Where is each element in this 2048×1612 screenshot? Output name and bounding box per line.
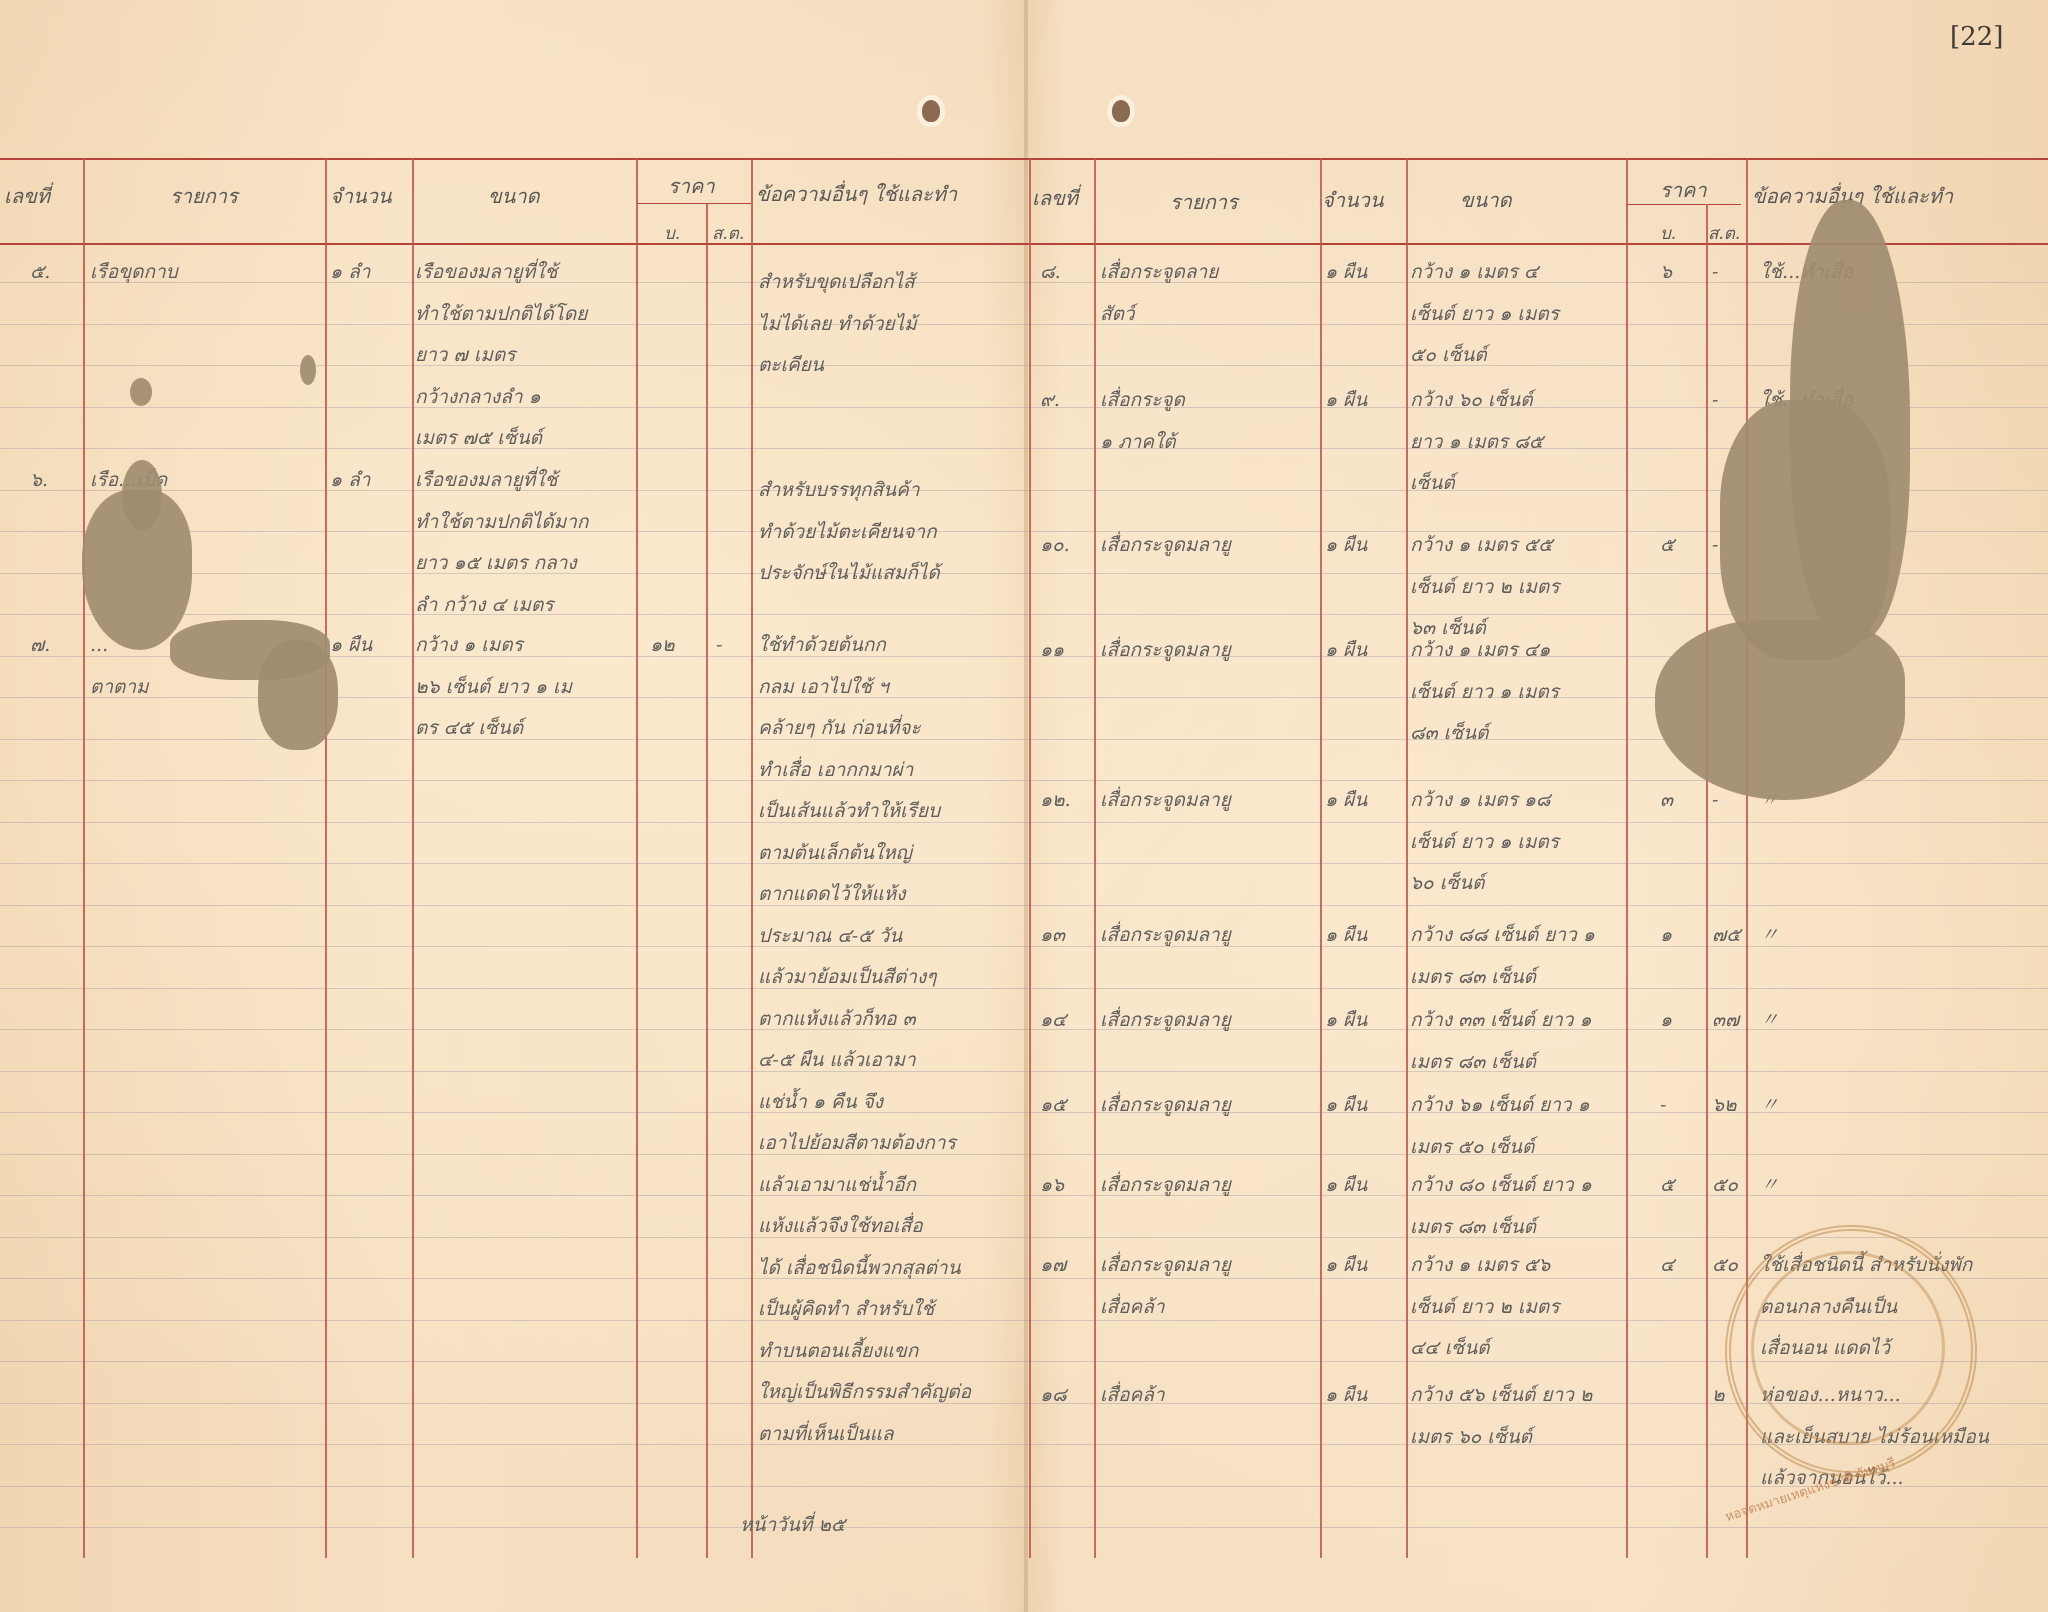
size-description: กว้าง ๕๖ เซ็นต์ ยาว ๒: [1410, 1375, 1592, 1415]
price-satang: ๗๕: [1712, 915, 1741, 955]
size-description: เซ็นต์ ยาว ๒ เมตร: [1410, 567, 1559, 607]
remarks: ได้ เสื่อชนิดนี้พวกสุลต่าน: [758, 1248, 961, 1288]
ruled-line: [0, 407, 2048, 408]
size-description: เมตร ๕๐ เซ็นต์: [1410, 1127, 1534, 1167]
binding-hole-left: [922, 100, 940, 122]
row-number: ๗.: [30, 625, 50, 665]
column-divider: [636, 158, 638, 1558]
row-number: ๑๘: [1040, 1375, 1067, 1415]
column-divider: [325, 158, 327, 1558]
item-name: ๑ ภาคใต้: [1100, 422, 1176, 462]
remarks: ทำบนตอนเลี้ยงแขก: [758, 1331, 918, 1371]
ruled-line: [0, 946, 2048, 947]
size-description: ลำ กว้าง ๔ เมตร: [415, 585, 554, 625]
quantity: ๑ ผืน: [1325, 630, 1367, 670]
remarks: กลม เอาไปใช้ ฯ: [758, 667, 889, 707]
ruled-line: [0, 282, 2048, 283]
header-satang: ส.ต.: [712, 220, 744, 247]
price-baht: ๕: [1660, 1165, 1674, 1205]
remarks: ตามต้นเล็กต้นใหญ่: [758, 833, 912, 873]
price-satang: ๕๐: [1712, 1245, 1738, 1285]
size-description: ยาว ๑๕ เมตร กลาง: [415, 543, 577, 583]
item-name: เสื่อกระจูด: [1100, 380, 1185, 420]
remarks: ใหญ่เป็นพิธีกรรมสำคัญต่อ: [758, 1372, 971, 1412]
item-name: เสื่อกระจูดมลายู: [1100, 1245, 1231, 1285]
row-number: ๑๓: [1040, 915, 1065, 955]
price-baht: ๖: [1660, 252, 1672, 292]
water-stain: [300, 355, 316, 385]
remarks: ประจักษ์ในไม้แสมก็ได้: [758, 553, 940, 593]
header-no: เลขที่: [1032, 182, 1078, 214]
size-description: เซ็นต์ ยาว ๑ เมตร: [1410, 294, 1559, 334]
ruled-line: [0, 1112, 2048, 1113]
item-name: เสื่อกระจูดมลายู: [1100, 915, 1231, 955]
stamp-emblem: [1751, 1251, 1945, 1445]
row-number: ๖.: [30, 460, 48, 500]
item-name: เสื่อคล้า: [1100, 1287, 1165, 1327]
header-quantity: จำนวน: [330, 180, 392, 212]
size-description: ทำใช้ตามปกติได้โดย: [415, 294, 587, 334]
size-description: กว้าง ๑ เมตร ๔๑: [1410, 630, 1550, 670]
size-description: กว้าง ๘๐ เซ็นต์ ยาว ๑: [1410, 1165, 1592, 1205]
size-description: เมตร ๘๓ เซ็นต์: [1410, 1042, 1536, 1082]
header-price: ราคา: [668, 170, 715, 202]
remarks: แช่น้ำ ๑ คืน จึง: [758, 1082, 883, 1122]
column-divider: [1320, 158, 1322, 1558]
row-number: ๑๖: [1040, 1165, 1064, 1205]
size-description: ๖๐ เซ็นต์: [1410, 863, 1484, 903]
size-description: เรือของมลายูที่ใช้: [415, 252, 557, 292]
price-subheader-line-left: [636, 203, 751, 204]
remarks: ทำด้วยไม้ตะเคียนจาก: [758, 512, 937, 552]
binding-hole-right: [1112, 100, 1130, 122]
ruled-line: [0, 1527, 2048, 1528]
ruled-line: [0, 1154, 2048, 1155]
price-satang: -: [716, 625, 722, 665]
size-description: ๕๐ เซ็นต์: [1410, 335, 1487, 375]
row-number: ๑๐.: [1040, 525, 1070, 565]
quantity: ๑ ผืน: [1325, 380, 1367, 420]
column-divider: [1094, 158, 1096, 1558]
remarks: แล้วมาย้อมเป็นสีต่างๆ: [758, 957, 936, 997]
quantity: ๑ ลำ: [330, 252, 370, 292]
column-divider: [1626, 158, 1628, 1558]
item-name: เสื่อกระจูดมลายู: [1100, 525, 1231, 565]
price-baht: ๓: [1660, 780, 1673, 820]
quantity: ๑ ผืน: [1325, 525, 1367, 565]
remarks: สำหรับบรรทุกสินค้า: [758, 470, 920, 510]
price-satang: -: [1712, 380, 1718, 420]
column-divider: [1706, 204, 1708, 1558]
ruled-line: [0, 1071, 2048, 1072]
water-stain: [1720, 400, 1890, 660]
price-satang: -: [1712, 252, 1718, 292]
ruled-line: [0, 988, 2048, 989]
quantity: ๑ ผืน: [1325, 1245, 1367, 1285]
size-description: เซ็นต์ ยาว ๑ เมตร: [1410, 672, 1559, 712]
row-number: ๑๕: [1040, 1085, 1066, 1125]
size-description: กว้าง ๖๑ เซ็นต์ ยาว ๑: [1410, 1085, 1590, 1125]
header-price: ราคา: [1660, 174, 1707, 206]
item-name: เสื่อกระจูดมลายู: [1100, 1165, 1231, 1205]
remarks: แห้งแล้วจึงใช้ทอเสื่อ: [758, 1206, 923, 1246]
size-description: ๒๖ เซ็นต์ ยาว ๑ เม: [415, 667, 572, 707]
header-baht: บ.: [664, 220, 680, 247]
price-satang: ๖๒: [1712, 1085, 1737, 1125]
size-description: กว้าง ๑ เมตร ๑๘: [1410, 780, 1551, 820]
remarks: ทำเสื่อ เอากกมาผ่า: [758, 750, 913, 790]
ruled-line: [0, 822, 2048, 823]
footnote: หน้าวันที่ ๒๕: [740, 1505, 845, 1545]
ruled-line: [0, 905, 2048, 906]
size-description: กว้าง ๘๘ เซ็นต์ ยาว ๑: [1410, 915, 1595, 955]
item-name: เสื่อกระจูดมลายู: [1100, 780, 1231, 820]
size-description: ๘๓ เซ็นต์: [1410, 713, 1488, 753]
remarks: ตากแดดไว้ให้แห้ง: [758, 874, 906, 914]
size-description: ทำใช้ตามปกติได้มาก: [415, 502, 588, 542]
size-description: ตร ๔๕ เซ็นต์: [415, 708, 523, 748]
row-number: ๘.: [1040, 252, 1061, 292]
column-divider: [706, 203, 708, 1558]
item-name: เสื่อกระจูดลาย: [1100, 252, 1218, 292]
size-description: เมตร ๘๓ เซ็นต์: [1410, 1207, 1536, 1247]
water-stain: [258, 640, 338, 750]
ruled-line: [0, 1237, 2048, 1238]
remarks: ตะเคียน: [758, 345, 824, 385]
ruled-line: [0, 1278, 2048, 1279]
remarks: สำหรับขุดเปลือกไส้: [758, 262, 915, 302]
size-description: กว้าง ๓๓ เซ็นต์ ยาว ๑: [1410, 1000, 1592, 1040]
size-description: เรือของมลายูที่ใช้: [415, 460, 557, 500]
row-number: ๑๗: [1040, 1245, 1066, 1285]
row-number: ๑๒.: [1040, 780, 1071, 820]
ruled-line: [0, 324, 2048, 325]
price-baht: ๑: [1660, 915, 1672, 955]
row-number: ๕.: [30, 252, 50, 292]
item-name: สัตว์: [1100, 294, 1135, 334]
remarks: แล้วเอามาแช่น้ำอีก: [758, 1165, 916, 1205]
size-description: เซ็นต์: [1410, 463, 1455, 503]
remarks: เป็นเส้นแล้วทำให้เรียบ: [758, 791, 940, 831]
quantity: ๑ ผืน: [1325, 1085, 1367, 1125]
remarks: 〃: [1760, 915, 1779, 955]
header-size: ขนาด: [488, 180, 540, 212]
column-divider: [83, 158, 85, 1558]
header-item: รายการ: [170, 180, 238, 212]
header-remarks: ข้อความอื่นๆ ใช้และทำ: [756, 178, 957, 210]
row-number: ๑๔: [1040, 1000, 1066, 1040]
size-description: ยาว ๑ เมตร ๘๕: [1410, 422, 1543, 462]
item-name: เสื่อคล้า: [1100, 1375, 1165, 1415]
column-divider: [412, 158, 414, 1558]
price-baht: ๑: [1660, 1000, 1672, 1040]
header-baht: บ.: [1660, 220, 1676, 247]
quantity: ๑ ลำ: [330, 460, 370, 500]
ruled-line: [0, 863, 2048, 864]
remarks: เอาไปย้อมสีตามต้องการ: [758, 1123, 956, 1163]
archive-stamp: หอจดหมายเหตุแห่งชาติ จันทบุรี: [1725, 1225, 1977, 1477]
remarks: ๔-๕ ผืน แล้วเอามา: [758, 1040, 916, 1080]
header-quantity: จำนวน: [1322, 184, 1384, 216]
size-description: เมตร ๘๓ เซ็นต์: [1410, 957, 1536, 997]
quantity: ๑ ผืน: [1325, 915, 1367, 955]
size-description: กว้าง ๑ เมตร ๔: [1410, 252, 1538, 292]
quantity: ๑ ผืน: [330, 625, 372, 665]
item-name: ตาตาม: [90, 667, 149, 707]
remarks: คล้ายๆ กัน ก่อนที่จะ: [758, 708, 921, 748]
price-satang: -: [1712, 525, 1718, 565]
remarks: เป็นผู้คิดทำ สำหรับใช้: [758, 1289, 934, 1329]
quantity: ๑ ผืน: [1325, 780, 1367, 820]
size-description: กว้าง ๑ เมตร ๕๕: [1410, 525, 1553, 565]
remarks: ไม่ได้เลย ทำด้วยไม้: [758, 304, 917, 344]
ruled-line: [0, 1444, 2048, 1445]
price-satang: ๒: [1712, 1375, 1725, 1415]
price-baht: ๕: [1660, 525, 1674, 565]
size-description: กว้าง ๑ เมตร: [415, 625, 523, 665]
quantity: ๑ ผืน: [1325, 1000, 1367, 1040]
size-description: เมตร ๖๐ เซ็นต์: [1410, 1417, 1532, 1457]
price-satang: ๓๗: [1712, 1000, 1739, 1040]
remarks: ใช้ทำด้วยต้นกก: [758, 625, 886, 665]
ruled-line: [0, 1195, 2048, 1196]
header-item: รายการ: [1170, 186, 1238, 218]
item-name: เสื่อกระจูดมลายู: [1100, 1085, 1231, 1125]
size-description: กว้าง ๖๐ เซ็นต์: [1410, 380, 1533, 420]
remarks: 〃: [1760, 1165, 1779, 1205]
size-description: กว้างกลางลำ ๑: [415, 377, 541, 417]
column-divider: [751, 158, 753, 1558]
header-top-line: [0, 158, 2048, 160]
column-divider: [1029, 158, 1031, 1558]
remarks: 〃: [1760, 1085, 1779, 1125]
page-number: [22]: [1950, 22, 2003, 52]
size-description: เมตร ๗๕ เซ็นต์: [415, 418, 542, 458]
price-satang: ๕๐: [1712, 1165, 1738, 1205]
quantity: ๑ ผืน: [1325, 252, 1367, 292]
size-description: ยาว ๗ เมตร: [415, 335, 515, 375]
water-stain: [130, 378, 152, 406]
size-description: กว้าง ๑ เมตร ๕๖: [1410, 1245, 1550, 1285]
item-name: เสื่อกระจูดมลายู: [1100, 1000, 1231, 1040]
water-stain: [122, 460, 162, 530]
quantity: ๑ ผืน: [1325, 1375, 1367, 1415]
size-description: เซ็นต์ ยาว ๒ เมตร: [1410, 1287, 1559, 1327]
ruled-line: [0, 1029, 2048, 1030]
book-fold: [1024, 0, 1028, 1612]
remarks: ตามที่เห็นเป็นแล: [758, 1414, 894, 1454]
price-baht: ๑๒: [650, 625, 675, 665]
quantity: ๑ ผืน: [1325, 1165, 1367, 1205]
size-description: เซ็นต์ ยาว ๑ เมตร: [1410, 822, 1559, 862]
item-name: เสื่อกระจูดมลายู: [1100, 630, 1231, 670]
price-baht: -: [1660, 1085, 1666, 1125]
header-size: ขนาด: [1460, 184, 1512, 216]
header-bottom-line: [0, 243, 2048, 245]
ruled-line: [0, 1486, 2048, 1487]
remarks: ตากแห้งแล้วก็ทอ ๓: [758, 999, 916, 1039]
item-name: เรือขุดกาบ: [90, 252, 178, 292]
header-satang: ส.ต.: [1708, 220, 1740, 247]
row-number: ๑๑: [1040, 630, 1064, 670]
remarks: 〃: [1760, 1000, 1779, 1040]
row-number: ๙.: [1040, 380, 1060, 420]
column-divider: [1406, 158, 1408, 1558]
size-description: ๔๔ เซ็นต์: [1410, 1328, 1490, 1368]
header-no: เลขที่: [4, 180, 50, 212]
price-baht: ๔: [1660, 1245, 1674, 1285]
remarks: ประมาณ ๔-๕ วัน: [758, 916, 902, 956]
